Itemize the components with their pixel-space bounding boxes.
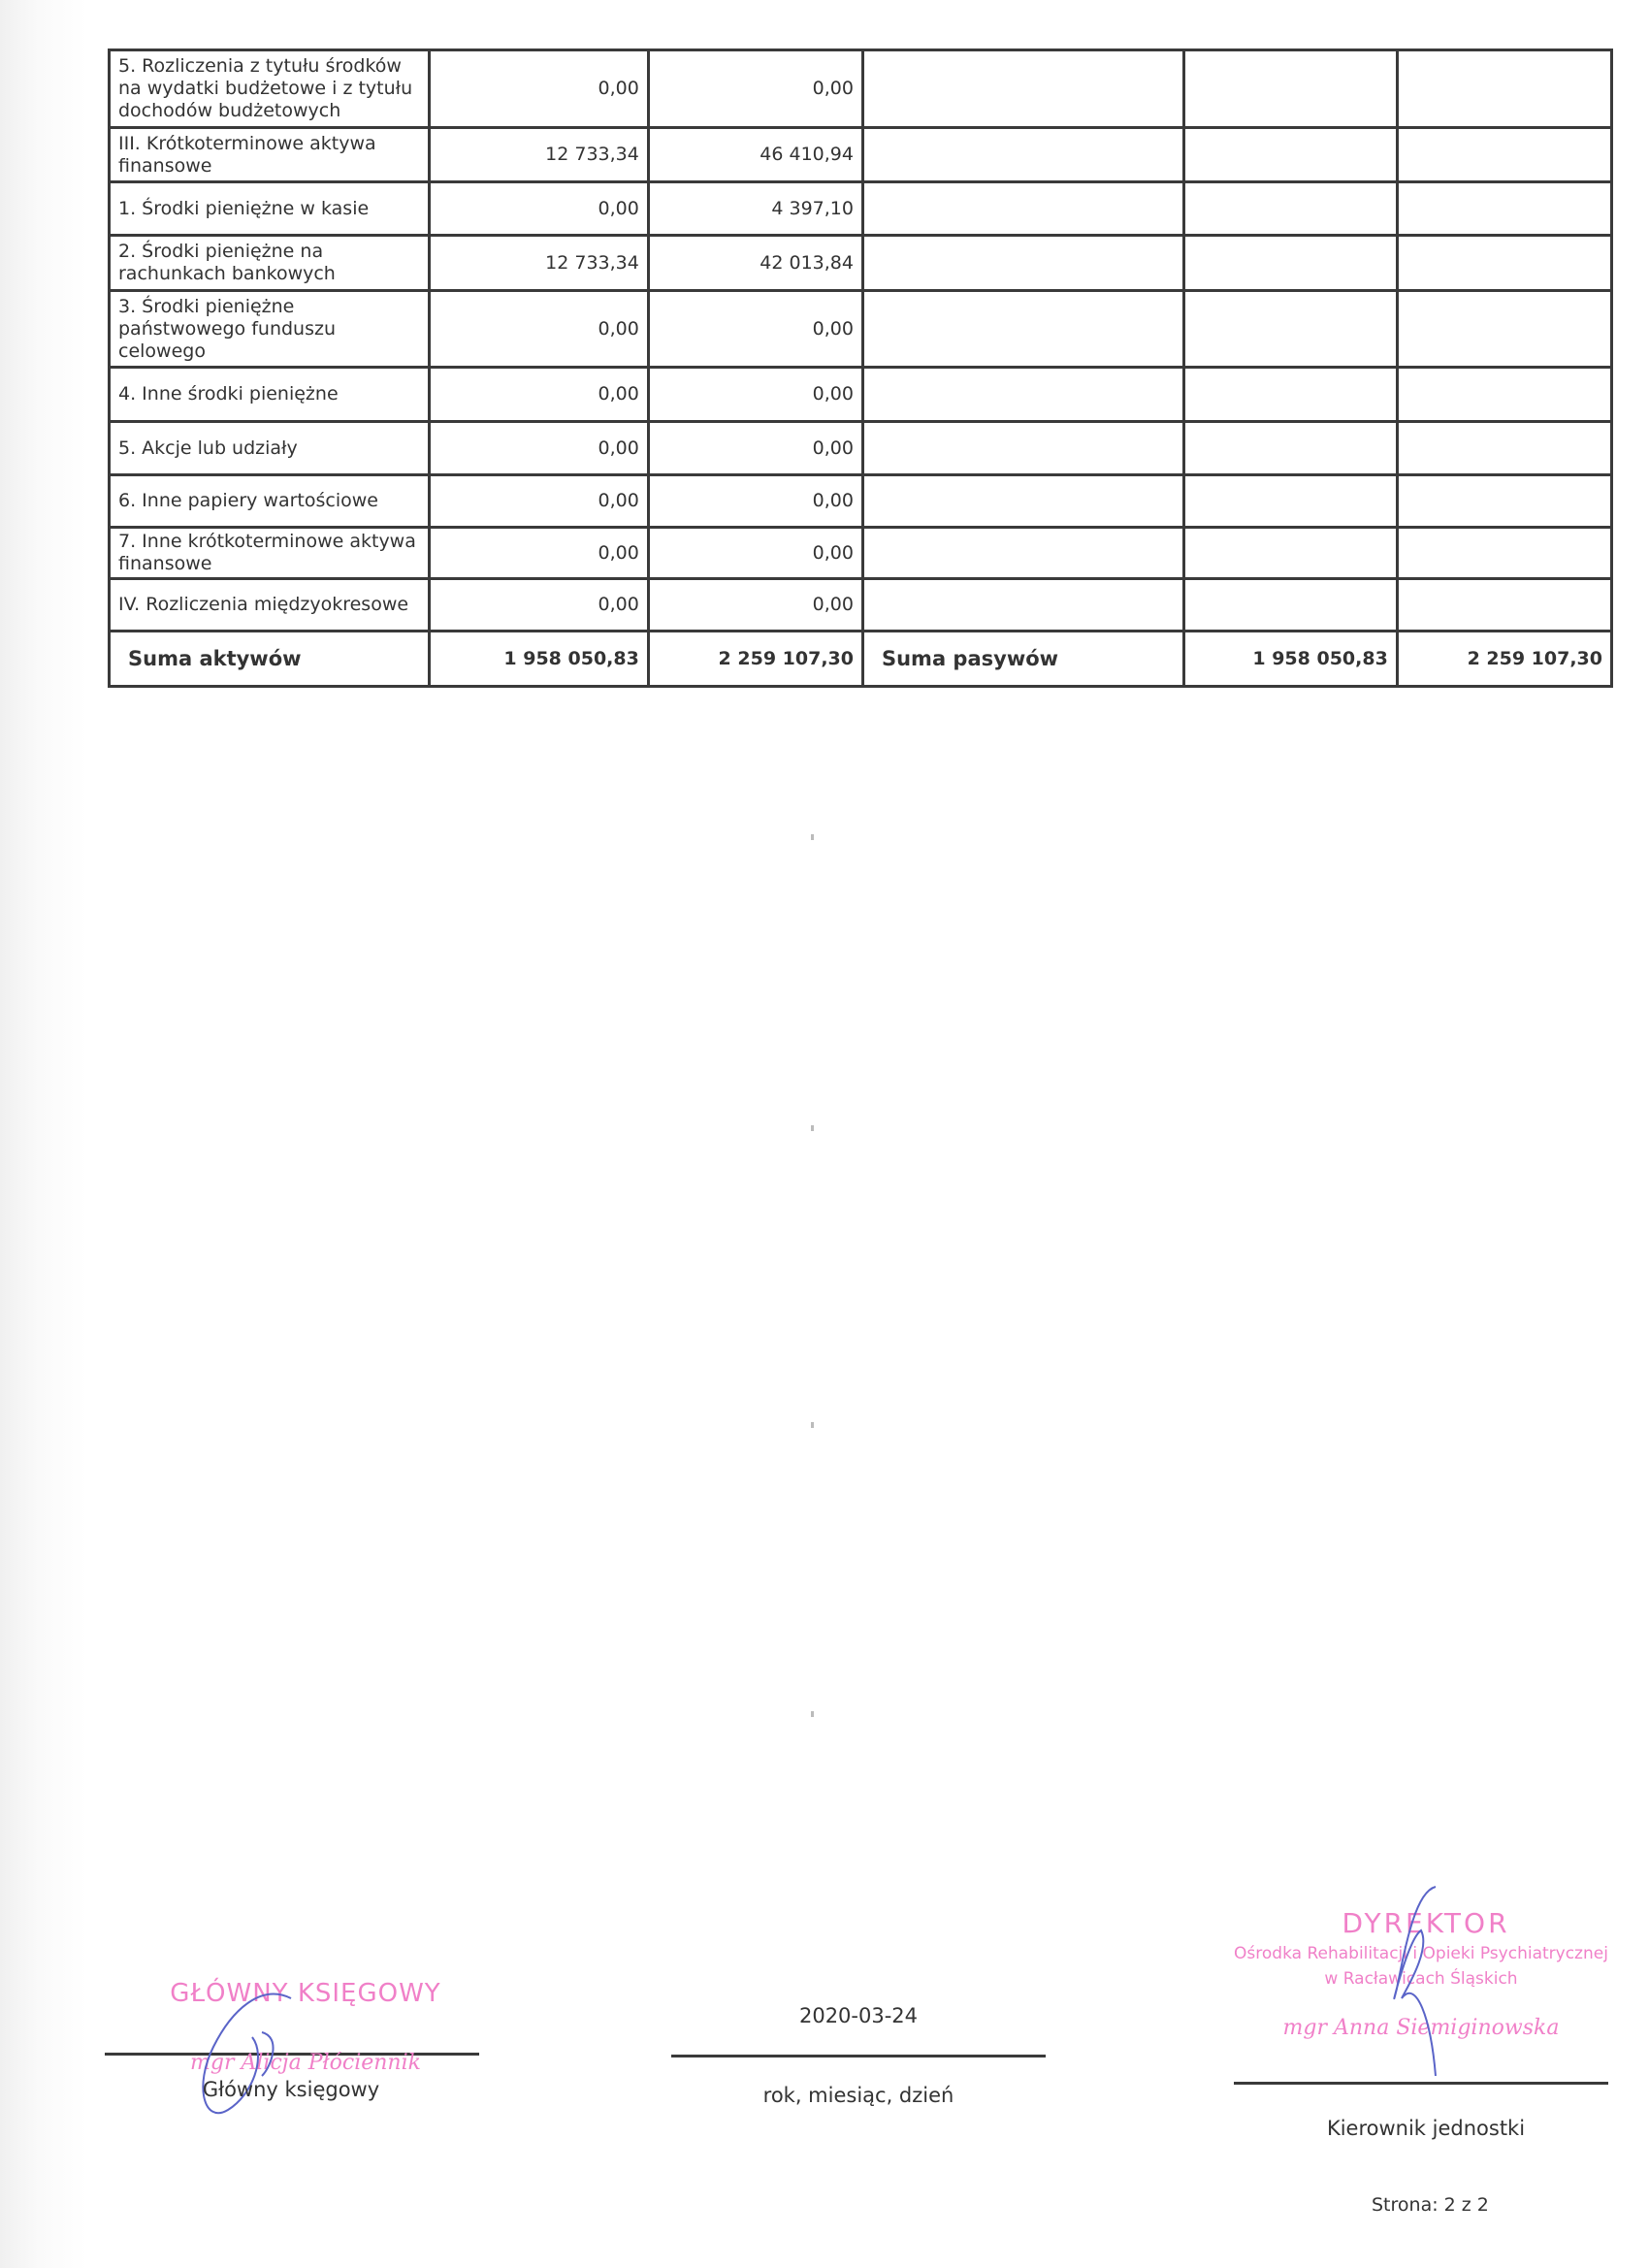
accountant-handwritten-signature <box>175 1979 330 2124</box>
assets-sum-label: Suma aktywów <box>110 632 430 687</box>
date-line <box>671 2055 1046 2057</box>
director-handwritten-signature <box>1377 1882 1465 2076</box>
liability-label <box>862 368 1183 422</box>
asset-label: 2. Środki pieniężne na rachunkach bankow… <box>110 236 430 291</box>
liability-prev-value <box>1183 236 1397 291</box>
asset-label: 7. Inne krótkoterminowe aktywa finansowe <box>110 528 430 579</box>
asset-label: IV. Rozliczenia międzyokresowe <box>110 579 430 632</box>
asset-curr-value: 46 410,94 <box>648 128 862 182</box>
liability-prev-value <box>1183 291 1397 368</box>
asset-prev-value: 0,00 <box>429 579 648 632</box>
table-row: 4. Inne środki pieniężne0,000,00 <box>110 368 1612 422</box>
liability-prev-value <box>1183 422 1397 475</box>
asset-prev-value: 0,00 <box>429 50 648 128</box>
liability-label <box>862 422 1183 475</box>
scan-edge-shadow <box>0 0 107 2268</box>
scan-speck <box>811 1711 814 1717</box>
asset-label: III. Krótkoterminowe aktywa finansowe <box>110 128 430 182</box>
table-row: III. Krótkoterminowe aktywa finansowe12 … <box>110 128 1612 182</box>
asset-prev-value: 0,00 <box>429 368 648 422</box>
asset-curr-value: 42 013,84 <box>648 236 862 291</box>
asset-prev-value: 0,00 <box>429 291 648 368</box>
scan-speck <box>811 1125 814 1131</box>
liability-prev-value <box>1183 368 1397 422</box>
table-row: IV. Rozliczenia międzyokresowe0,000,00 <box>110 579 1612 632</box>
asset-label: 3. Środki pieniężne państwowego funduszu… <box>110 291 430 368</box>
asset-label: 4. Inne środki pieniężne <box>110 368 430 422</box>
balance-sheet-table: 5. Rozliczenia z tytułu środków na wydat… <box>108 49 1613 688</box>
liability-curr-value <box>1397 50 1611 128</box>
liability-curr-value <box>1397 291 1611 368</box>
liability-curr-value <box>1397 236 1611 291</box>
asset-curr-value: 0,00 <box>648 368 862 422</box>
date-value: 2020-03-24 <box>713 2004 1004 2027</box>
table-row: 5. Rozliczenia z tytułu środków na wydat… <box>110 50 1612 128</box>
table-row: 3. Środki pieniężne państwowego funduszu… <box>110 291 1612 368</box>
director-signature-line <box>1234 2082 1608 2085</box>
asset-prev-value: 12 733,34 <box>429 128 648 182</box>
date-caption: rok, miesiąc, dzień <box>713 2084 1004 2107</box>
liability-curr-value <box>1397 182 1611 236</box>
table-row: 2. Środki pieniężne na rachunkach bankow… <box>110 236 1612 291</box>
sum-row: Suma aktywów 1 958 050,83 2 259 107,30 S… <box>110 632 1612 687</box>
liabilities-sum-label: Suma pasywów <box>862 632 1183 687</box>
liability-label <box>862 475 1183 528</box>
liability-curr-value <box>1397 422 1611 475</box>
asset-curr-value: 0,00 <box>648 50 862 128</box>
liability-label <box>862 236 1183 291</box>
asset-label: 5. Rozliczenia z tytułu środków na wydat… <box>110 50 430 128</box>
asset-curr-value: 4 397,10 <box>648 182 862 236</box>
liability-prev-value <box>1183 528 1397 579</box>
liability-label <box>862 182 1183 236</box>
scan-speck <box>811 834 814 840</box>
asset-curr-value: 0,00 <box>648 422 862 475</box>
asset-prev-value: 0,00 <box>429 182 648 236</box>
table-row: 5. Akcje lub udziały0,000,00 <box>110 422 1612 475</box>
scan-speck <box>811 1422 814 1428</box>
asset-label: 5. Akcje lub udziały <box>110 422 430 475</box>
liability-curr-value <box>1397 128 1611 182</box>
table-row: 1. Środki pieniężne w kasie0,004 397,10 <box>110 182 1612 236</box>
liability-label <box>862 579 1183 632</box>
liability-prev-value <box>1183 128 1397 182</box>
liability-prev-value <box>1183 475 1397 528</box>
table-row: 7. Inne krótkoterminowe aktywa finansowe… <box>110 528 1612 579</box>
asset-prev-value: 0,00 <box>429 475 648 528</box>
table-row: 6. Inne papiery wartościowe0,000,00 <box>110 475 1612 528</box>
liability-prev-value <box>1183 50 1397 128</box>
liabilities-sum-prev: 1 958 050,83 <box>1183 632 1397 687</box>
liability-curr-value <box>1397 368 1611 422</box>
liabilities-sum-curr: 2 259 107,30 <box>1397 632 1611 687</box>
asset-prev-value: 0,00 <box>429 528 648 579</box>
liability-curr-value <box>1397 528 1611 579</box>
liability-label <box>862 128 1183 182</box>
accountant-caption: Główny księgowy <box>145 2078 436 2101</box>
asset-curr-value: 0,00 <box>648 291 862 368</box>
liability-prev-value <box>1183 579 1397 632</box>
assets-sum-curr: 2 259 107,30 <box>648 632 862 687</box>
asset-label: 1. Środki pieniężne w kasie <box>110 182 430 236</box>
liability-label <box>862 528 1183 579</box>
asset-curr-value: 0,00 <box>648 528 862 579</box>
asset-prev-value: 12 733,34 <box>429 236 648 291</box>
page-number: Strona: 2 z 2 <box>1372 2194 1489 2216</box>
liability-curr-value <box>1397 579 1611 632</box>
asset-curr-value: 0,00 <box>648 475 862 528</box>
liability-prev-value <box>1183 182 1397 236</box>
asset-label: 6. Inne papiery wartościowe <box>110 475 430 528</box>
asset-prev-value: 0,00 <box>429 422 648 475</box>
liability-label <box>862 291 1183 368</box>
liability-curr-value <box>1397 475 1611 528</box>
liability-label <box>862 50 1183 128</box>
director-caption: Kierownik jednostki <box>1280 2117 1571 2140</box>
assets-sum-prev: 1 958 050,83 <box>429 632 648 687</box>
asset-curr-value: 0,00 <box>648 579 862 632</box>
